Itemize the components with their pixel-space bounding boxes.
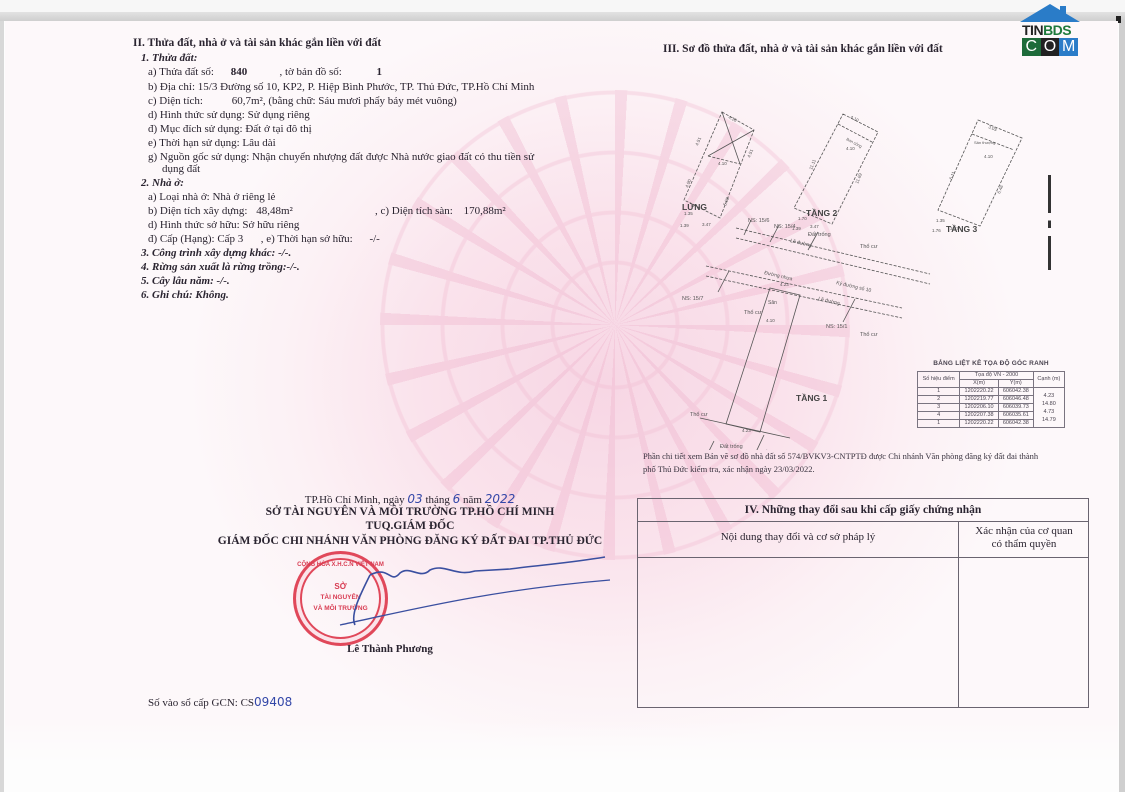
svg-text:6.46: 6.46 (996, 184, 1004, 194)
svg-text:4.51: 4.51 (694, 136, 702, 146)
land-usage-form: d) Hình thức sử dụng: Sử dụng riêng (148, 109, 310, 121)
svg-text:4.10: 4.10 (984, 154, 993, 159)
svg-text:NS: 15/6: NS: 15/6 (748, 218, 769, 224)
svg-text:Thổ cư: Thổ cư (860, 243, 878, 250)
svg-text:11.11: 11.11 (808, 158, 817, 170)
tinbds-logo: TINBDS C O M (1018, 2, 1082, 62)
svg-text:Sân: Sân (768, 300, 777, 306)
handwritten-signature (330, 555, 620, 630)
svg-text:4.10: 4.10 (846, 146, 855, 151)
svg-text:Đường nhựa: Đường nhựa (764, 270, 794, 282)
svg-text:4.51: 4.51 (746, 148, 754, 158)
svg-text:4.23: 4.23 (780, 282, 789, 287)
svg-text:4.10: 4.10 (728, 114, 739, 123)
svg-text:Thổ cư: Thổ cư (860, 331, 878, 338)
svg-text:Lề đường: Lề đường (790, 238, 813, 249)
section-3-title: III. Sơ đồ thửa đất, nhà ở và tài sản kh… (663, 43, 943, 55)
notes: 6. Ghi chú: Không. (141, 289, 229, 301)
svg-text:1.35: 1.35 (936, 218, 945, 223)
house-type: a) Loại nhà ở: Nhà ở riêng lẻ (148, 191, 275, 203)
land-origin: g) Nguồn gốc sử dụng: Nhận chuyển nhượng… (148, 151, 534, 163)
house-roof-icon (1020, 4, 1080, 22)
land-parcel-number: a) Thửa đất số: 840 , tờ bản đồ số: 1 (148, 66, 382, 78)
svg-text:NS: 15/4: NS: 15/4 (774, 224, 795, 230)
issue-date-line: TP.Hồ Chí Minh, ngày 03 tháng 6 năm 2022 (200, 492, 620, 506)
issuing-department: SỞ TÀI NGUYÊN VÀ MÔI TRƯỜNG TP.HỒ CHÍ MI… (200, 506, 620, 518)
svg-text:1.76: 1.76 (932, 228, 941, 233)
land-heading: 1. Thửa đất: (141, 52, 197, 64)
svg-text:NS: 15/7: NS: 15/7 (682, 296, 703, 302)
land-origin-cont: dụng đất (162, 163, 200, 175)
svg-text:5.08: 5.08 (722, 196, 730, 206)
land-usage-purpose: đ) Mục đích sử dụng: Đất ở tại đô thị (148, 123, 312, 135)
signer-role: GIÁM ĐỐC CHI NHÁNH VĂN PHÒNG ĐĂNG KÝ ĐẤT… (200, 535, 620, 547)
svg-text:Thổ cư: Thổ cư (690, 411, 708, 418)
section-4-title: IV. Những thay đổi sau khi cấp giấy chứn… (638, 499, 1088, 522)
production-forest: 4. Rừng sản xuất là rừng trồng:-/-. (141, 261, 300, 273)
certificate-register-number: Số vào sổ cấp GCN: CS09408 (148, 695, 292, 709)
house-ownership: d) Hình thức sở hữu: Sở hữu riêng (148, 219, 299, 231)
diagram-label-tang1: TẦNG 1 (796, 393, 827, 403)
svg-text:3.47: 3.47 (702, 222, 711, 227)
svg-text:Đất trống: Đất trống (808, 232, 831, 238)
house-build-area: b) Diện tích xây dựng: 48,48m² , c) Diện… (148, 205, 506, 217)
confirmation-column-header: Xác nhận của cơ quan có thẩm quyền (958, 522, 1089, 558)
boundary-coordinate-table: BẢNG LIỆT KÊ TỌA ĐỘ GÓC RANH Số hiệu điể… (917, 360, 1065, 428)
signer-name: Lê Thành Phương (300, 643, 480, 655)
section-2-title: II. Thửa đất, nhà ở và tài sản khác gắn … (133, 37, 381, 49)
house-grade: đ) Cấp (Hạng): Cấp 3 , e) Thời hạn sở hữ… (148, 233, 380, 245)
table-row: 11202220.22606042.38 4.23 14.80 4.73 14.… (918, 388, 1065, 396)
changes-table: IV. Những thay đổi sau khi cấp giấy chứn… (637, 498, 1089, 708)
svg-text:4.10: 4.10 (718, 161, 727, 166)
viewer-top-bar (0, 0, 1125, 12)
diagram-reference-note: Phần chi tiết xem Bản vẽ sơ đồ nhà đất s… (643, 450, 1043, 476)
svg-text:Sân thượng: Sân thượng (974, 140, 995, 145)
viewer-toolbar-edge (0, 12, 1125, 21)
changes-column-header: Nội dung thay đổi và cơ sở pháp lý (638, 522, 958, 558)
land-usage-term: e) Thời hạn sử dụng: Lâu dài (148, 137, 276, 149)
land-area: c) Diện tích: 60,7m², (bằng chữ: Sáu mươ… (148, 95, 457, 107)
svg-text:11.69: 11.69 (854, 172, 863, 184)
svg-text:4.10: 4.10 (766, 318, 775, 323)
house-heading: 2. Nhà ở: (141, 177, 184, 189)
land-address: b) Địa chỉ: 15/3 Đường số 10, KP2, P. Hi… (148, 81, 534, 93)
diagram-label-lung: LỬNG (682, 201, 707, 212)
svg-text:NS: 15/1: NS: 15/1 (826, 324, 847, 330)
other-construction: 3. Công trình xây dựng khác: -/-. (141, 247, 291, 259)
perennial-trees: 5. Cây lâu năm: -/-. (141, 275, 230, 287)
svg-text:Ký đường số 10: Ký đường số 10 (836, 280, 872, 294)
svg-text:1.39: 1.39 (680, 223, 689, 228)
viewer-left-edge (0, 21, 4, 792)
diagram-label-tang3: TẦNG 3 (946, 224, 977, 234)
svg-text:4.23: 4.23 (742, 428, 751, 433)
north-arrow-icon (1048, 175, 1051, 270)
svg-text:3.03: 3.03 (988, 124, 998, 132)
proxy-title: TUQ.GIÁM ĐỐC (200, 520, 620, 532)
viewer-scrollbar[interactable] (1119, 21, 1125, 792)
svg-text:Thổ cư: Thổ cư (744, 309, 762, 316)
diagram-label-tang2: TẦNG 2 (806, 208, 837, 218)
svg-text:4.10: 4.10 (850, 114, 861, 123)
svg-text:3.47: 3.47 (810, 224, 819, 229)
svg-text:Lề đường: Lề đường (818, 296, 841, 307)
